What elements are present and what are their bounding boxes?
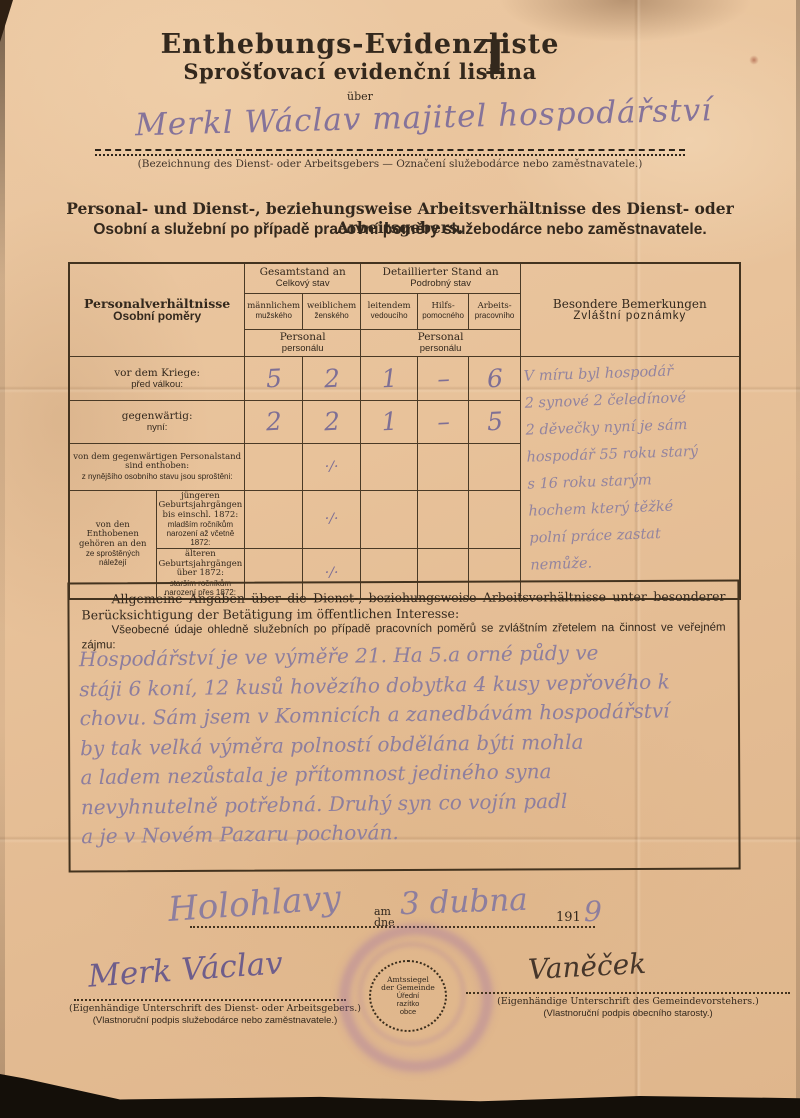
employer-signature-handwritten: Merk Václav: [87, 945, 284, 995]
cell-value: 1: [360, 399, 419, 445]
section2-handwritten-note: Hospodářství je ve výměře 21. Ha 5.a orn…: [79, 637, 732, 852]
cell-value: [245, 443, 303, 490]
cell-value: [418, 443, 469, 490]
remarks-cell: V míru byl hospodář 2 synové 2 čeledínov…: [521, 356, 740, 599]
header-de: Personalverhältnisse: [72, 298, 242, 310]
cell-value: 5: [468, 399, 522, 445]
employer-signature-caption: (Eigenhändige Unterschrift des Dienst- o…: [50, 1003, 380, 1027]
subheader-personnel-left: Personal personálu: [245, 329, 361, 356]
cell-value: [469, 490, 521, 549]
cell-value: [361, 490, 418, 549]
mayor-signature-caption: (Eigenhändige Unterschrift des Gemeindev…: [478, 996, 778, 1020]
subheader-auxiliary: Hilfs- pomocného: [418, 293, 469, 329]
cell-value: 2: [244, 399, 304, 445]
cell-value: 2: [302, 399, 362, 445]
cell-value: ·/·: [303, 490, 361, 549]
paper-edge-left: [0, 0, 5, 1118]
employer-signature-rule: [74, 999, 346, 1001]
cell-value: [418, 490, 469, 549]
scanned-document-page: Enthebungs-Evidenzliste Sprošťovací evid…: [0, 0, 800, 1118]
cell-value: 2: [301, 355, 361, 402]
employer-name-rule: [95, 149, 685, 156]
cell-value: –: [417, 399, 470, 445]
personnel-table: Personalverhältnisse Osobní poměry Gesam…: [68, 262, 741, 600]
mayor-signature-rule: [466, 992, 790, 994]
cell-value: ·/·: [303, 443, 361, 490]
row-label-younger-cohorts: jüngeren Geburtsjahrgängen bis einschl. …: [156, 490, 245, 549]
remarks-handwritten-note: V míru byl hospodář 2 synové 2 čeledínov…: [523, 356, 739, 579]
subheader-female: weiblichem ženského: [303, 293, 361, 329]
subheader-working: Arbeits- pracovního: [469, 293, 521, 329]
mayor-signature-handwritten: Vaněček: [527, 947, 647, 986]
cell-value: 5: [244, 355, 304, 402]
year-digit-handwritten: 9: [584, 895, 602, 928]
table-header-total-state: Gesamtstand an Celkový stav: [245, 263, 361, 293]
cell-value: 6: [467, 355, 521, 402]
cell-value: [469, 443, 521, 490]
table-header-detailed-state: Detaillierter Stand an Podrobný stav: [361, 263, 521, 293]
general-information-box: Allgemeine Angaben über die Dienst-, bez…: [67, 580, 740, 873]
paper-edge-right: [796, 0, 800, 1118]
cell-value: [361, 443, 418, 490]
row-label-released: von dem gegenwärtigen Personalstand sind…: [69, 443, 245, 490]
place-handwritten: Holohlavy: [167, 878, 342, 930]
table-header-remarks: Besondere Bemerkungen Zvláštní poznámky: [521, 263, 740, 356]
form-number-roman: I: [484, 32, 506, 84]
row-label-currently: gegenwärtig: nyní:: [69, 400, 245, 443]
header-cs: Osobní poměry: [72, 310, 242, 322]
subheader-personnel-right: Personal personálu: [361, 329, 521, 356]
date-handwritten: 3 dubna: [399, 882, 528, 922]
cell-value: 1: [359, 355, 418, 402]
am-dne-label: am dne: [374, 906, 395, 928]
cell-value: –: [416, 355, 469, 402]
section2-heading-german: Allgemeine Angaben über die Dienst-, bez…: [81, 589, 725, 624]
year-printed: 191: [556, 910, 581, 925]
photo-edge-corner: [0, 0, 13, 42]
photo-edge-bottom: [0, 1074, 800, 1118]
subheader-male: männlichem mužského: [245, 293, 303, 329]
table-header-personal-relations: Personalverhältnisse Osobní poměry: [69, 263, 245, 356]
row-label-before-war: vor dem Kriege: před válkou:: [69, 356, 245, 400]
section1-heading-czech: Osobní a služební po případě pracovní po…: [40, 221, 760, 239]
employer-caption: (Bezeichnung des Dienst- oder Arbeitsgeb…: [100, 158, 680, 170]
municipal-seal-placeholder: Amtssiegel der Gemeinde Úřední razítko o…: [369, 960, 447, 1032]
subheader-leading: leitendem vedoucího: [361, 293, 418, 329]
cell-value: [245, 490, 303, 549]
table-row: vor dem Kriege: před válkou: 5 2 1 – 6 V…: [69, 356, 740, 400]
